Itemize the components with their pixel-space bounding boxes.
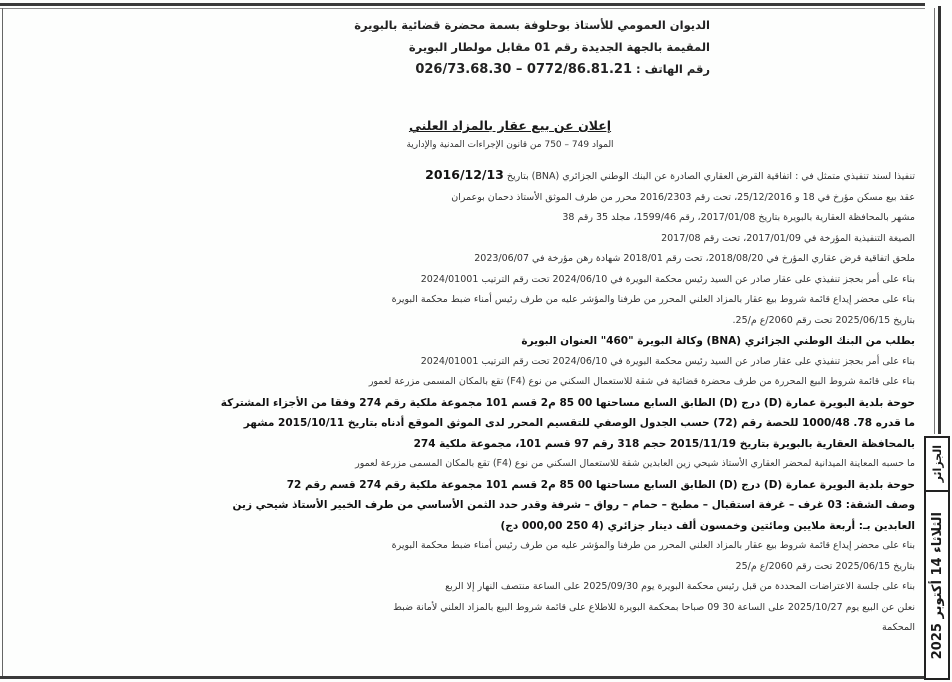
body-line: بناء على أمر بحجز تنفيذي على عقار صادر ع… [100, 352, 915, 373]
notice-title: إعلان عن بيع عقار بالمزاد العلني [409, 118, 611, 133]
header-office-line: الديوان العمومي للأستاذ بوحلوفة بسمة محض… [220, 14, 710, 36]
body-line: تنفيذا لسند تنفيذي متمثل في : اتفاقية ال… [100, 165, 915, 188]
frame-border-top-inner [0, 8, 925, 9]
frame-border-left [2, 8, 3, 676]
body-line: نعلن عن البيع يوم 2025/10/27 على الساعة … [100, 598, 915, 619]
body-line: بناء على جلسة الاعتراضات المحددة من قبل … [100, 577, 915, 598]
frame-border-right [938, 6, 941, 434]
frame-border-top [0, 3, 925, 6]
bailiff-header: الديوان العمومي للأستاذ بوحلوفة بسمة محض… [220, 14, 710, 81]
scanned-page: الديوان العمومي للأستاذ بوحلوفة بسمة محض… [0, 0, 952, 682]
header-phone-line: رقم الهاتف : 0772/86.81.21 – 026/73.68.3… [220, 58, 710, 81]
body-line: بتاريخ 2025/06/15 تحت رقم 2060/ع م/25. [100, 311, 915, 332]
body-line: مشهر بالمحافظة العقارية بالبويرة بتاريخ … [100, 208, 915, 229]
frame-border-right-inner [934, 8, 935, 434]
body-line: العابدين بـ: أربعة ملايين ومائتين وخمسون… [100, 516, 915, 537]
body-line: بتاريخ 2025/06/15 تحت رقم 2060/ع م/25 [100, 557, 915, 578]
body-line: ما قدره 78. 1000/48 للحصة رقم (72) حسب ا… [100, 413, 915, 434]
header-address-line: المقيمة بالجهة الجديدة رقم 01 مقابل مولط… [220, 36, 710, 58]
phone-label: رقم الهاتف [645, 62, 710, 76]
notice-title-block: إعلان عن بيع عقار بالمزاد العلني المواد … [350, 115, 670, 150]
body-line: بالمحافظة العقارية بالبويرة بتاريخ 2015/… [100, 434, 915, 455]
newspaper-logo: الجزائر [926, 438, 948, 492]
body-line: بطلب من البنك الوطني الجزائري (BNA) وكال… [100, 331, 915, 352]
body-line: الصيغة التنفيذية المؤرخة في 2017/01/09، … [100, 229, 915, 250]
body-line: بناء على قائمة شروط البيع المحررة من طرف… [100, 372, 915, 393]
body-line: بناء على محضر إيداع قائمة شروط بيع عقار … [100, 290, 915, 311]
body-line: ملحق اتفاقية قرض عقاري المؤرخ في 2018/08… [100, 249, 915, 270]
body-line: عقد بيع مسكن مؤرخ في 18 و 25/12/2016، تح… [100, 188, 915, 209]
publication-date-text: الثلاثاء 14 أكتوبر 2025 [930, 512, 945, 659]
notice-subtitle: المواد 749 – 750 من قانون الإجراءات المد… [350, 140, 670, 150]
newspaper-logo-text: الجزائر [931, 445, 944, 482]
phone-value: 0772/86.81.21 – 026/73.68.30 [415, 62, 632, 77]
notice-body: تنفيذا لسند تنفيذي متمثل في : اتفاقية ال… [100, 165, 915, 639]
newspaper-side-tab: الجزائر الثلاثاء 14 أكتوبر 2025 [924, 436, 950, 680]
body-line: حوحة بلدية البويرة عمارة (D) درج (D) الط… [100, 393, 915, 414]
publication-date: الثلاثاء 14 أكتوبر 2025 [926, 494, 948, 678]
body-line: بناء على أمر بحجز تنفيذي على عقار صادر ع… [100, 270, 915, 291]
body-line: المحكمة [100, 618, 915, 639]
body-line: وصف الشقة: 03 غرف – غرفة استقبال – مطبخ … [100, 495, 915, 516]
body-line: ما حسبه المعاينة الميدانية لمحضر العقاري… [100, 454, 915, 475]
frame-border-bottom [0, 676, 925, 679]
body-line: حوحة بلدية البويرة عمارة (D) درج (D) الط… [100, 475, 915, 496]
body-line: بناء على محضر إيداع قائمة شروط بيع عقار … [100, 536, 915, 557]
